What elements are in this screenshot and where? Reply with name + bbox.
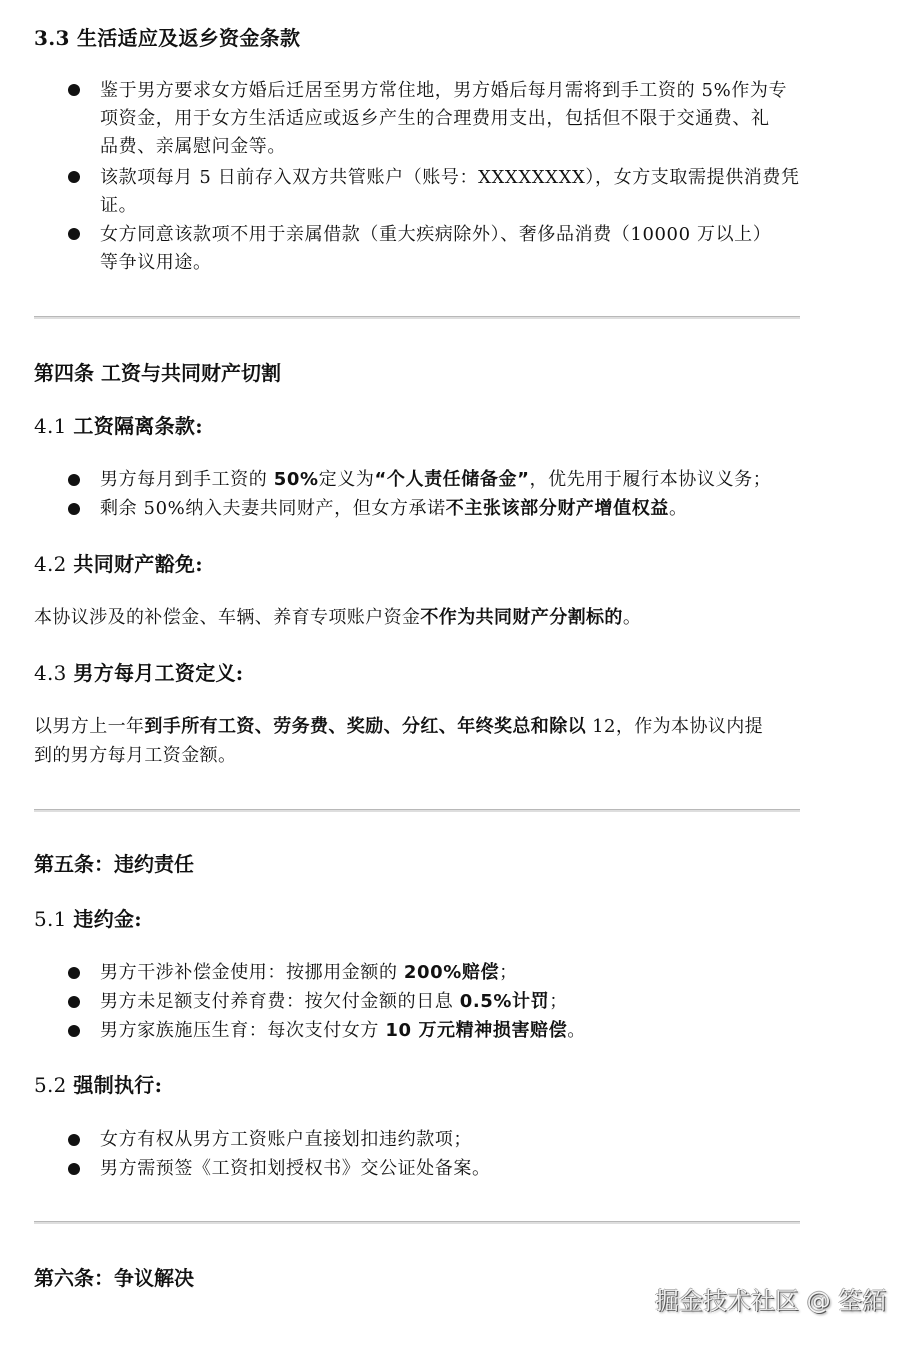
- bullet-icon: [68, 1163, 80, 1175]
- section-4-3-heading: 4.3 男方每月工资定义:: [34, 659, 243, 687]
- bullet-icon: [68, 503, 80, 515]
- text-run: 男方家族施压生育：每次支付女方: [100, 1020, 385, 1041]
- section-4-2-paragraph: 本协议涉及的补偿金、车辆、养育专项账户资金不作为共同财产分割标的。: [34, 603, 641, 632]
- list-item-line: 项资金，用于女方生活适应或返乡产生的合理费用支出，包括但不限于交通费、礼: [100, 105, 800, 133]
- section-3-3-heading: 3.3 生活适应及返乡资金条款: [34, 24, 300, 52]
- bold-run: 0.5%计罚: [460, 991, 550, 1012]
- list-item: 该款项每月 5 日前存入双方共管账户（账号：XXXXXXXX），女方支取需提供消…: [100, 164, 800, 220]
- list-item: 女方有权从男方工资账户直接划扣违约款项；: [100, 1126, 800, 1154]
- section-4-3-paragraph: 以男方上一年到手所有工资、劳务费、奖励、分红、年终奖总和除以 12，作为本协议内…: [34, 712, 763, 770]
- list-item: 女方同意该款项不用于亲属借款（重大疾病除外）、奢侈品消费（10000 万以上） …: [100, 221, 800, 277]
- bullet-icon: [68, 171, 80, 183]
- list-item: 鉴于男方要求女方婚后迁居至男方常住地，男方婚后每月需将到手工资的 5%作为专 项…: [100, 77, 800, 161]
- article-4-heading: 第四条 工资与共同财产切割: [34, 359, 281, 387]
- text-run: 本协议涉及的补偿金、车辆、养育专项账户资金: [34, 607, 420, 628]
- list-item: 男方未足额支付养育费：按欠付金额的日息 0.5%计罚；: [100, 988, 800, 1016]
- section-4-2-heading: 4.2 共同财产豁免:: [34, 550, 203, 578]
- bullet-icon: [68, 1025, 80, 1037]
- bold-run: 到手所有工资、劳务费、奖励、分红、年终奖总和除以: [144, 716, 586, 737]
- list-item: 剩余 50%纳入夫妻共同财产，但女方承诺不主张该部分财产增值权益。: [100, 495, 800, 523]
- section-number: 4.3: [34, 661, 67, 685]
- text-run: 。: [669, 498, 688, 519]
- text-run: 。: [623, 607, 641, 628]
- bold-run: 50%: [274, 469, 319, 490]
- list-item: 男方家族施压生育：每次支付女方 10 万元精神损害赔偿。: [100, 1017, 800, 1045]
- list-item: 男方每月到手工资的 50%定义为“个人责任储备金”，优先用于履行本协议义务；: [100, 466, 800, 494]
- section-divider: [34, 809, 800, 812]
- bold-run: “个人责任储备金”: [374, 469, 529, 490]
- list-item-line: 证。: [100, 192, 800, 220]
- section-title: 强制执行:: [73, 1073, 162, 1097]
- text-run: ，优先用于履行本协议义务；: [530, 469, 772, 490]
- bullet-icon: [68, 967, 80, 979]
- section-divider: [34, 316, 800, 319]
- text-run: 以男方上一年: [34, 716, 144, 737]
- section-number: 4.2: [34, 552, 67, 576]
- watermark: 掘金技术社区 @ 筌絔: [655, 1285, 886, 1317]
- section-title: 工资隔离条款:: [73, 414, 202, 438]
- section-5-1-heading: 5.1 违约金:: [34, 905, 142, 933]
- section-number: 5.1: [34, 907, 67, 931]
- list-item-line: 该款项每月 5 日前存入双方共管账户（账号：XXXXXXXX），女方支取需提供消…: [100, 164, 800, 192]
- section-5-2-heading: 5.2 强制执行:: [34, 1071, 162, 1099]
- article-5-heading: 第五条：违约责任: [34, 850, 194, 878]
- section-number: 4.1: [34, 414, 67, 438]
- section-number: 5.2: [34, 1073, 67, 1097]
- list-item-line: 鉴于男方要求女方婚后迁居至男方常住地，男方婚后每月需将到手工资的 5%作为专: [100, 77, 800, 105]
- document-page: 3.3 生活适应及返乡资金条款 鉴于男方要求女方婚后迁居至男方常住地，男方婚后每…: [0, 0, 920, 1346]
- list-item-line: 等争议用途。: [100, 249, 800, 277]
- text-run: 男方未足额支付养育费：按欠付金额的日息: [100, 991, 460, 1012]
- bullet-icon: [68, 1134, 80, 1146]
- text-run: 12，作为本协议内提: [586, 716, 763, 737]
- bullet-icon: [68, 228, 80, 240]
- section-divider: [34, 1221, 800, 1224]
- text-run: 剩余 50%纳入夫妻共同财产，但女方承诺: [100, 498, 446, 519]
- section-4-1-heading: 4.1 工资隔离条款:: [34, 412, 203, 440]
- section-title: 违约金:: [73, 907, 142, 931]
- text-run: ；: [499, 962, 518, 983]
- bullet-icon: [68, 996, 80, 1008]
- bold-run: 不作为共同财产分割标的: [420, 607, 622, 628]
- list-item: 男方干涉补偿金使用：按挪用金额的 200%赔偿；: [100, 959, 800, 987]
- section-title: 共同财产豁免:: [73, 552, 202, 576]
- section-title: 男方每月工资定义:: [73, 661, 243, 685]
- text-line: 到的男方每月工资金额。: [34, 741, 763, 770]
- bold-run: 不主张该部分财产增值权益: [446, 498, 669, 519]
- bullet-icon: [68, 474, 80, 486]
- list-item-line: 品费、亲属慰问金等。: [100, 133, 800, 161]
- list-item-line: 女方同意该款项不用于亲属借款（重大疾病除外）、奢侈品消费（10000 万以上）: [100, 221, 800, 249]
- heading-text: 3.3 生活适应及返乡资金条款: [34, 26, 300, 50]
- text-run: 。: [567, 1020, 586, 1041]
- text-run: 定义为: [319, 469, 375, 490]
- text-run: ；: [549, 991, 568, 1012]
- bold-run: 200%赔偿: [404, 962, 499, 983]
- text-run: 男方每月到手工资的: [100, 469, 274, 490]
- article-6-heading: 第六条：争议解决: [34, 1264, 194, 1292]
- text-run: 男方干涉补偿金使用：按挪用金额的: [100, 962, 404, 983]
- list-item: 男方需预签《工资扣划授权书》交公证处备案。: [100, 1155, 800, 1183]
- bold-run: 10 万元精神损害赔偿: [385, 1020, 567, 1041]
- bullet-icon: [68, 84, 80, 96]
